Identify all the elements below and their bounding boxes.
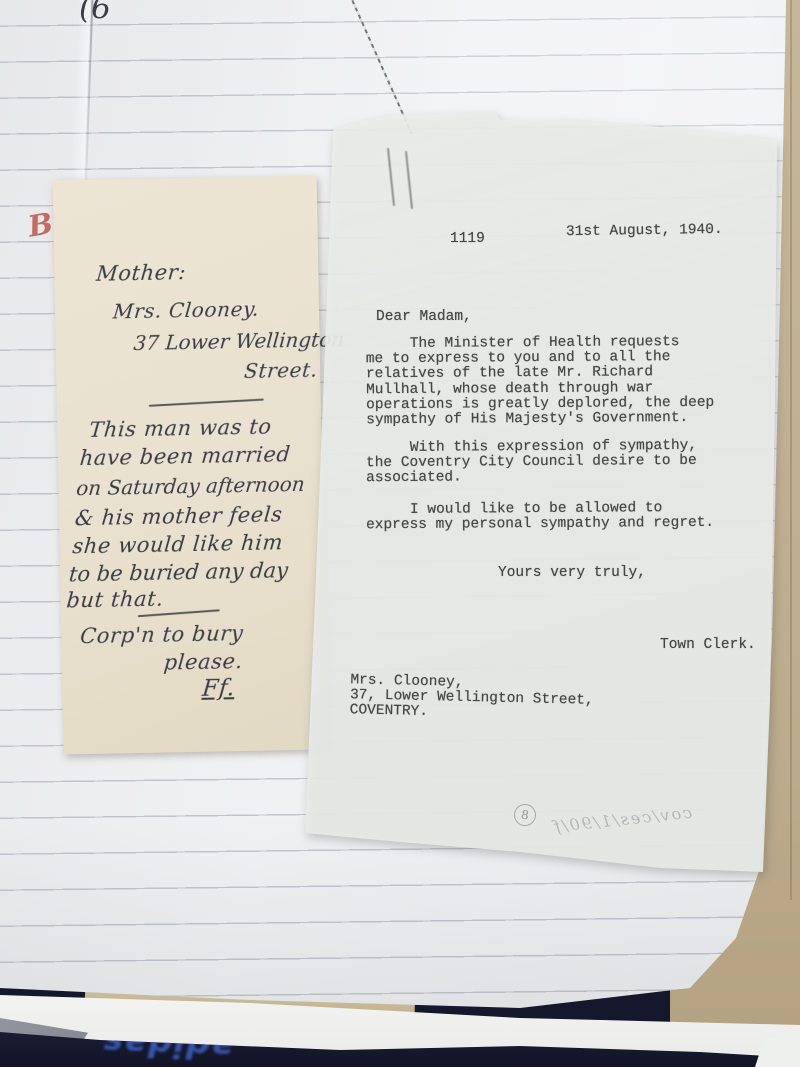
letter-text-line: sympathy of His Majesty's Government. xyxy=(366,411,714,429)
note-name: Mrs. Clooney. xyxy=(112,297,260,324)
letter-paper xyxy=(300,104,780,884)
handwritten-note: Mother: Mrs. Clooney. 37 Lower Wellingto… xyxy=(53,176,328,755)
letter-date: 31st August, 1940. xyxy=(566,223,723,240)
letter-signature-title: Town Clerk. xyxy=(660,638,756,653)
note-body-line: & his mother feels xyxy=(74,502,284,530)
letter-paragraph-3: I would like to be allowed to express my… xyxy=(366,501,714,534)
note-body-line: on Saturday afternoon xyxy=(75,472,305,500)
note-body-line: to be buried any day xyxy=(68,558,289,586)
note-request-line1: Corp'n to bury xyxy=(79,621,244,648)
note-body-line: she would like him xyxy=(72,530,285,558)
note-body-line: This man was to xyxy=(88,414,272,442)
letter-paragraph-2: With this expression of sympathy, the Co… xyxy=(366,439,697,487)
letter-text-line: associated. xyxy=(366,469,697,487)
note-divider-line xyxy=(149,399,264,407)
book-cover-edge-line xyxy=(790,0,792,900)
letter-recipient-address: Mrs. Clooney, 37, Lower Wellington Stree… xyxy=(350,673,595,724)
note-heading: Mother: xyxy=(95,260,187,286)
letter-text-line: express my personal sympathy and regret. xyxy=(366,516,714,534)
letter-paragraph-1: The Minister of Health requests me to ex… xyxy=(366,335,715,429)
typed-letter: 1119 31st August, 1940. Dear Madam, The … xyxy=(300,104,780,884)
letter-closing: Yours very truly, xyxy=(498,566,646,581)
note-body-line: have been married xyxy=(79,442,292,470)
note-initials: Ff. xyxy=(201,675,236,702)
note-request-line2: please. xyxy=(163,649,244,675)
letter-salutation: Dear Madam, xyxy=(376,310,472,325)
page-number-annotation: (6 xyxy=(79,0,111,26)
photo-of-archive-documents: (6 Bu Mother: Mrs. Clooney. 37 Lower Wel… xyxy=(0,0,800,1067)
note-body-line: but that. xyxy=(66,587,165,613)
letter-reference-number: 1119 xyxy=(450,232,485,247)
